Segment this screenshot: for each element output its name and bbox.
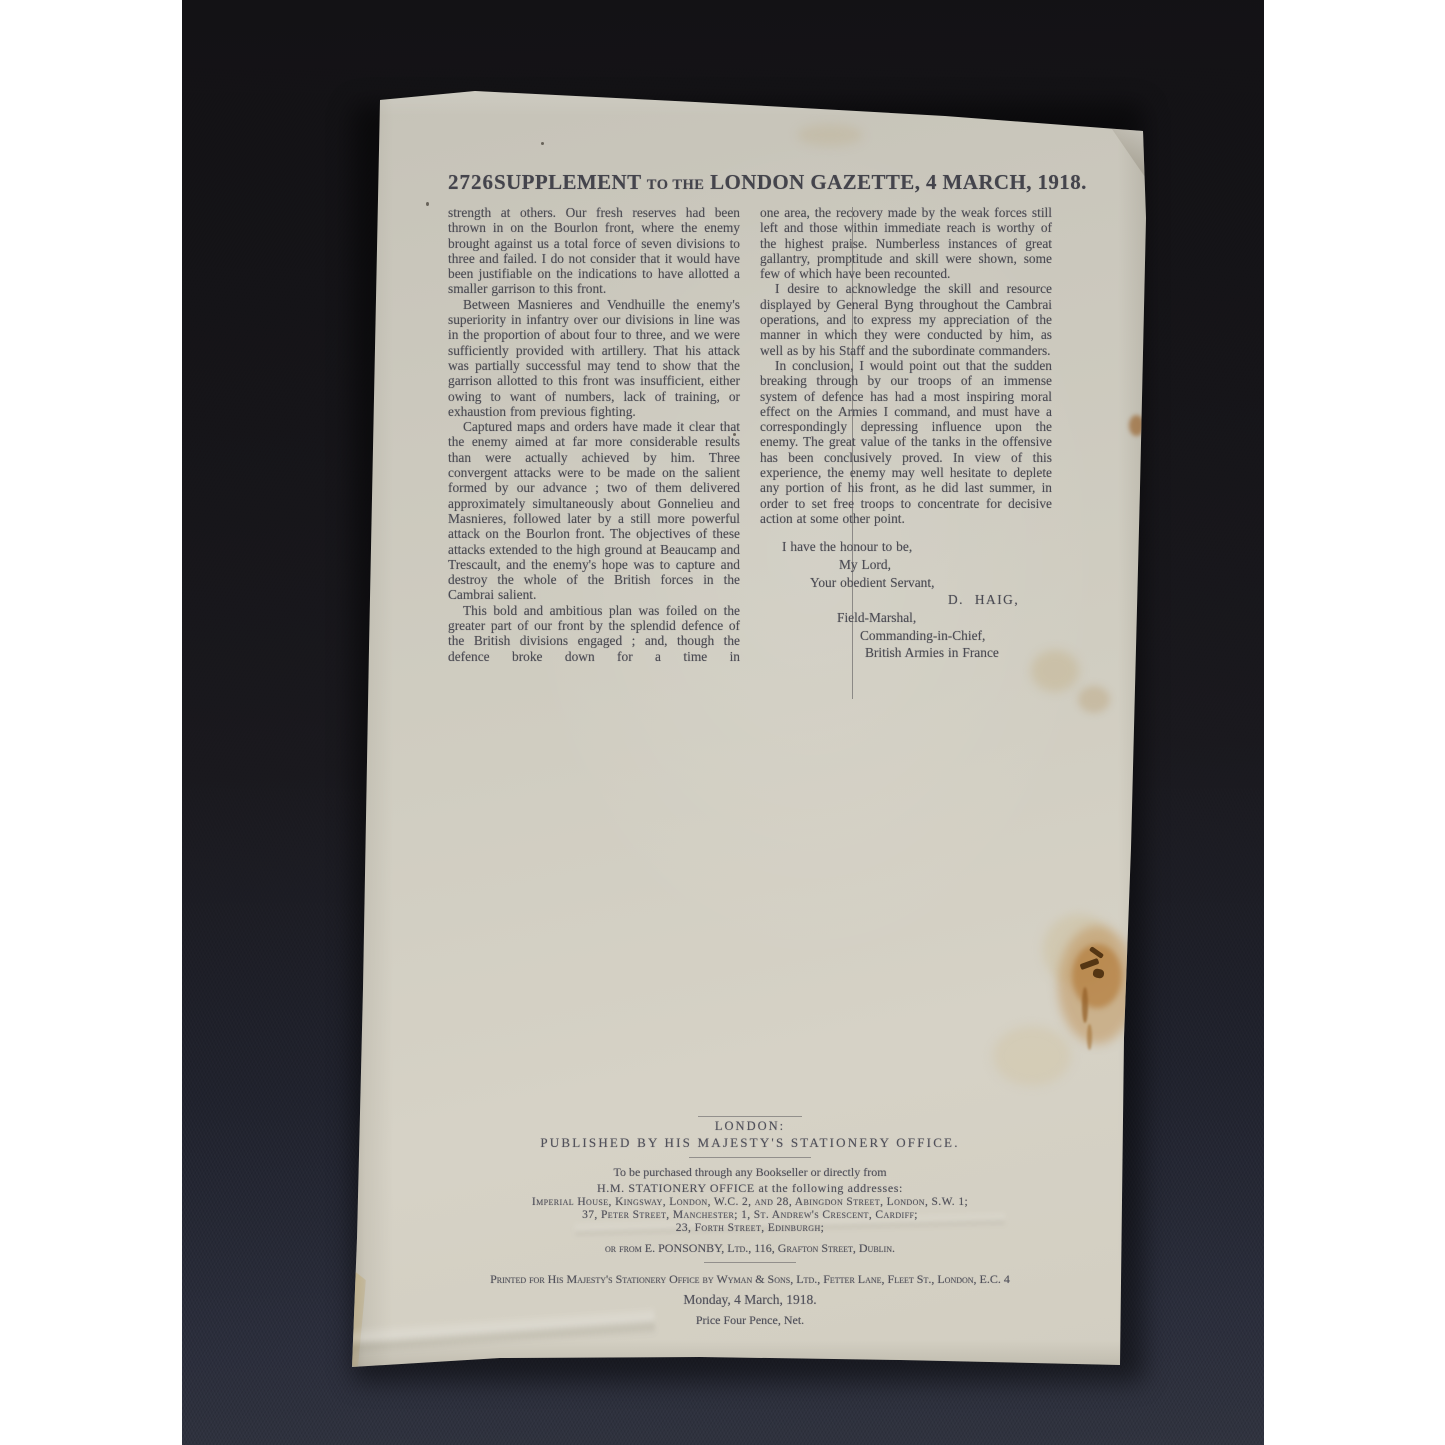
- signature-block: I have the honour to be, My Lord, Your o…: [760, 538, 1052, 662]
- body-paragraph: This bold and ambitious plan was foiled …: [448, 603, 740, 664]
- imprint-publisher: PUBLISHED BY HIS MAJESTY'S STATIONERY OF…: [430, 1135, 1070, 1151]
- imprint-rule-bottom: [704, 1262, 796, 1263]
- body-paragraph: I desire to acknowledge the skill and re…: [760, 281, 1052, 357]
- imprint-address-line: 37, Peter Street, Manchester; 1, St. And…: [430, 1210, 1070, 1222]
- imprint-purchase-line-2: H.M. STATIONERY OFFICE at the following …: [430, 1181, 1070, 1196]
- signature-role-line: Commanding-in-Chief,: [760, 627, 1052, 645]
- imprint-address-line: Imperial House, Kingsway, London, W.C. 2…: [430, 1197, 1070, 1209]
- imprint-date-line: Monday, 4 March, 1918.: [430, 1292, 1070, 1308]
- gazette-page-paper: 2726 SUPPLEMENT to the LONDON GAZETTE, 4…: [345, 88, 1150, 1378]
- imprint-city: LONDON:: [430, 1119, 1070, 1134]
- imprint-price-line: Price Four Pence, Net.: [430, 1313, 1070, 1328]
- printed-content: 2726 SUPPLEMENT to the LONDON GAZETTE, 4…: [345, 88, 1150, 1378]
- body-paragraph: strength at others. Our fresh reserves h…: [448, 205, 740, 297]
- signature-name: D. HAIG,: [760, 591, 1052, 609]
- body-paragraph: Captured maps and orders have made it cl…: [448, 419, 740, 603]
- imprint-agent-line: or from E. PONSONBY, Ltd., 116, Grafton …: [430, 1241, 1070, 1256]
- imprint-rule-top: [698, 1116, 802, 1117]
- page-number: 2726: [448, 170, 494, 195]
- imprint-purchase-line-1: To be purchased through any Bookseller o…: [430, 1165, 1070, 1180]
- right-margin-band: [1264, 0, 1445, 1445]
- title-small-words: to the: [647, 177, 705, 193]
- title-rest: LONDON GAZETTE, 4 MARCH, 1918.: [710, 170, 1087, 194]
- signature-honour-line: I have the honour to be,: [760, 538, 1052, 556]
- gazette-title: SUPPLEMENT to the LONDON GAZETTE, 4 MARC…: [494, 170, 1087, 195]
- signature-rank-line: Field-Marshal,: [760, 609, 1052, 627]
- page-header: 2726 SUPPLEMENT to the LONDON GAZETTE, 4…: [448, 170, 1052, 195]
- left-column: strength at others. Our fresh reserves h…: [448, 205, 740, 664]
- body-paragraph: In conclusion, I would point out that th…: [760, 358, 1052, 526]
- imprint-address-line: 23, Forth Street, Edinburgh;: [430, 1223, 1070, 1235]
- imprint-block: LONDON: PUBLISHED BY HIS MAJESTY'S STATI…: [430, 1114, 1070, 1328]
- screenshot-stage: 2726 SUPPLEMENT to the LONDON GAZETTE, 4…: [0, 0, 1445, 1445]
- imprint-rule-mid: [689, 1157, 811, 1158]
- imprint-printer-line: Printed for His Majesty's Stationery Off…: [430, 1272, 1070, 1287]
- signature-servant-line: Your obedient Servant,: [760, 574, 1052, 592]
- signature-my-lord-line: My Lord,: [760, 556, 1052, 574]
- left-margin-band: [0, 0, 182, 1445]
- body-paragraph: Between Masnieres and Vendhuille the ene…: [448, 297, 740, 419]
- title-main: SUPPLEMENT: [494, 170, 641, 194]
- signature-army-line: British Armies in France: [760, 644, 1052, 662]
- body-paragraph: one area, the recovery made by the weak …: [760, 205, 1052, 281]
- right-column: one area, the recovery made by the weak …: [760, 205, 1052, 662]
